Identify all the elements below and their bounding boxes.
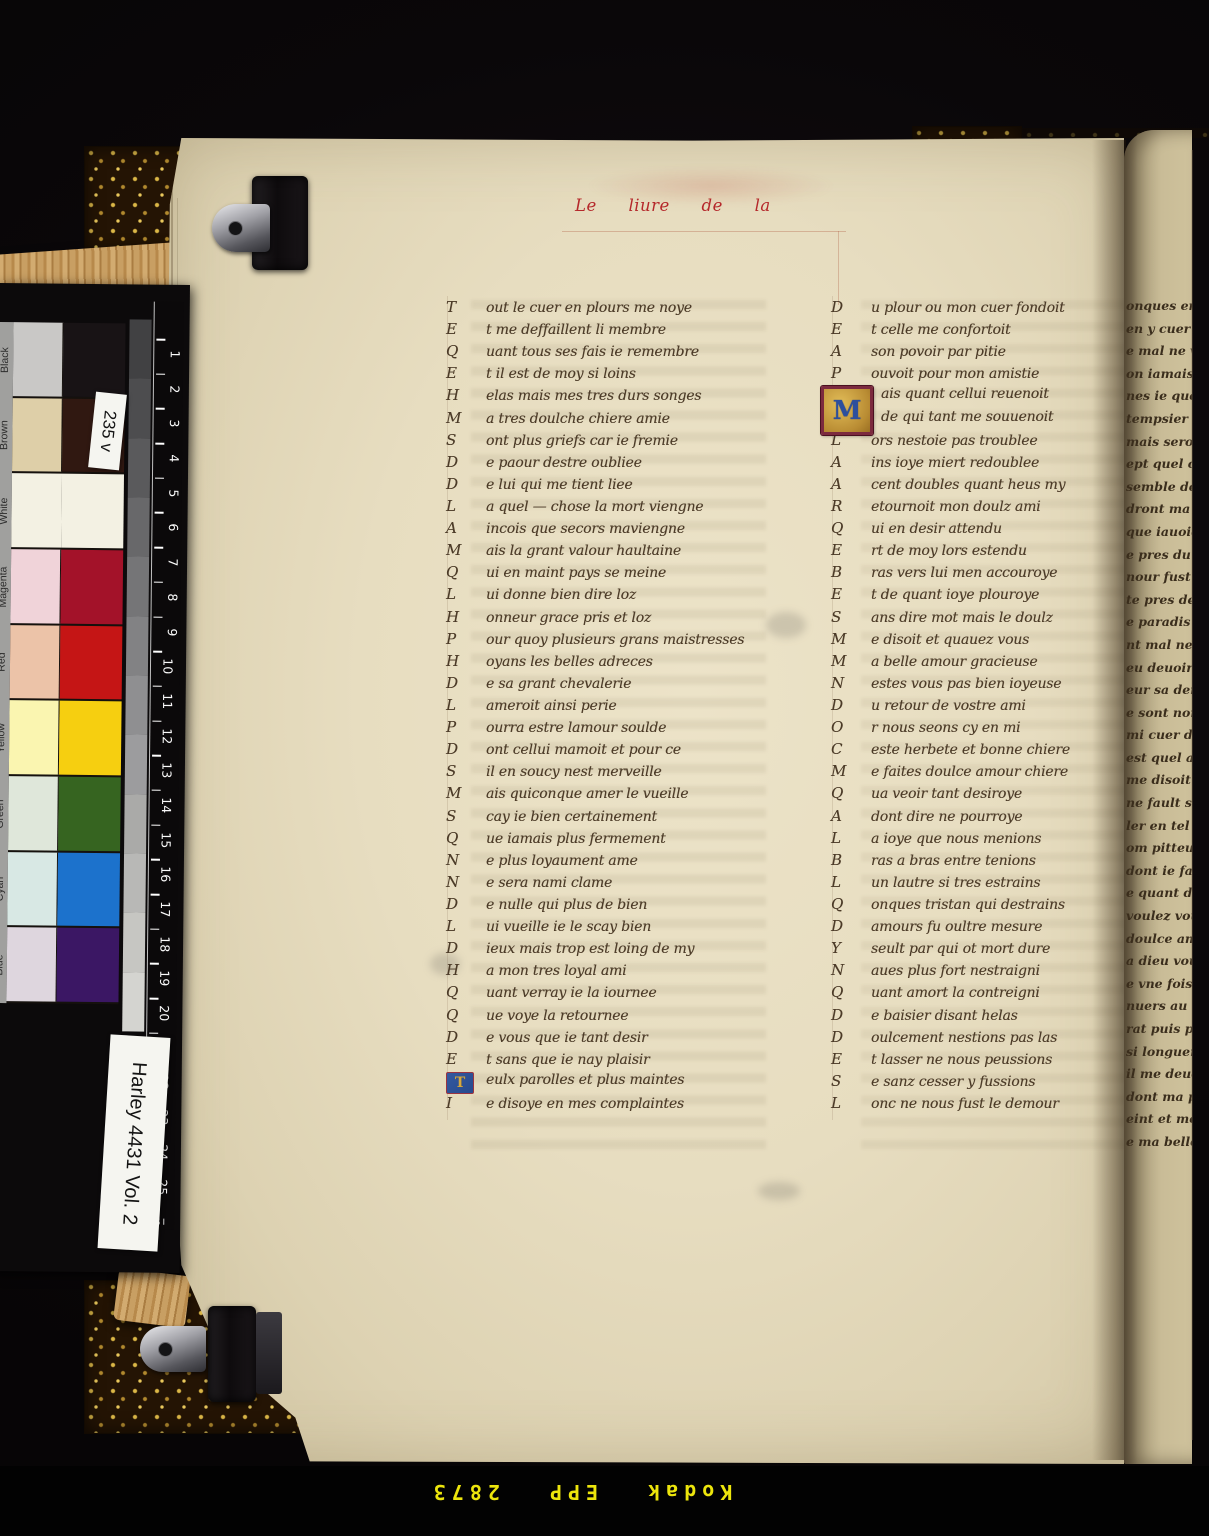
verse-text: ourra estre lamour soulde: [486, 720, 666, 736]
ruler-number: 2: [167, 385, 182, 393]
film-edge-marking: Kodak EPP 2873: [330, 1480, 830, 1504]
verse-initial: A: [831, 807, 859, 825]
gray-step: [126, 616, 149, 676]
verse-line: P ourra estre lamour soulde: [446, 718, 791, 740]
color-label: Cyan: [0, 877, 6, 902]
ruler-number: 3: [167, 420, 182, 428]
verse-line: L onc ne nous fust le demour: [831, 1094, 1131, 1116]
facing-page-text-fragment: que iauoie laissan: [1124, 524, 1192, 547]
facing-page-text-fragment: e quant douleur d: [1124, 885, 1192, 908]
ruler-number: 7: [166, 558, 181, 566]
facing-page-text-fragment: nes ie quelle faile: [1124, 388, 1192, 411]
verse-line: N estes vous pas bien ioyeuse: [831, 674, 1131, 696]
verse-text: ors nestoie pas troublee: [871, 433, 1037, 449]
facing-page-text-fragment: ler en tel voyage: [1124, 818, 1192, 841]
verse-text: ue voye la retournee: [486, 1008, 628, 1024]
verse-initial: N: [831, 674, 859, 692]
verse-line: B ras vers lui men accouroye: [831, 563, 1131, 585]
verse-text: seult par qui ot mort dure: [871, 941, 1050, 957]
verse-text: etournoit mon doulz ami: [871, 499, 1040, 515]
color-patch-solid: [57, 852, 120, 926]
facing-page-text-fragment: a dieu voulez partir: [1124, 953, 1192, 976]
ruler-tick-cell: 11: [150, 685, 179, 720]
page-holding-strap-bottom: [208, 1306, 256, 1402]
verse-text: t me deffaillent li membre: [486, 322, 666, 338]
verse-text: son povoir par pitie: [871, 344, 1006, 360]
verse-text: incois que secors maviengne: [486, 521, 685, 537]
verse-initial: M: [446, 409, 474, 427]
verse-line: L un lautre si tres estrains: [831, 873, 1131, 895]
facing-page-text-fragment: e mal ne villeme: [1124, 343, 1192, 366]
verse-initial: L: [831, 829, 859, 847]
color-chart-row: [6, 927, 119, 1004]
verse-initial: M: [446, 784, 474, 802]
facing-page-text-fragment: mais seront et p: [1124, 434, 1192, 457]
facing-page-text-fragment: tempsier noz espe: [1124, 411, 1192, 434]
verse-line: E t lasser ne nous peussions: [831, 1050, 1131, 1072]
ruler-tick-cell: 17: [148, 894, 177, 929]
verse-text: e disoit et quauez vous: [871, 632, 1029, 648]
verse-initial: Q: [446, 983, 474, 1001]
text-column-1: T out le cuer en plours me noye E t me d…: [446, 298, 791, 1116]
verse-line: D e paour destre oubliee: [446, 453, 791, 475]
verse-text: ieux mais trop est loing de my: [486, 941, 694, 957]
verse-initial: Q: [831, 983, 859, 1001]
ruler-tick-cell: 16: [149, 859, 178, 894]
facing-page-text-fragment: semble demourron: [1124, 479, 1192, 502]
facing-folio-edge: onques en celle amouen y cuer fu vnee ma…: [1124, 130, 1192, 1464]
verse-initial: S: [831, 608, 859, 626]
facing-page-text-fragment: nt mal ne demand: [1124, 637, 1192, 660]
verse-initial: Q: [446, 342, 474, 360]
verse-line: E t me deffaillent li membre: [446, 320, 791, 342]
verse-initial: D: [831, 1028, 859, 1046]
verse-line: L ors nestoie pas troublee: [831, 431, 1131, 453]
ruler-tick-cell: 19: [148, 963, 177, 998]
ruler-tick-cell: 6: [152, 512, 181, 547]
verse-text: rt de moy lors estendu: [871, 543, 1027, 559]
facing-page-text-fragment: ne fault sans de: [1124, 795, 1192, 818]
verse-text: ais quant cellui reuenoit: [881, 386, 1049, 402]
verse-text: out le cuer en plours me noye: [486, 300, 692, 316]
verse-text: este herbete et bonne chiere: [871, 742, 1070, 758]
verse-initial: M: [831, 652, 859, 670]
verse-text: eulx parolles et plus maintes: [486, 1072, 684, 1088]
manuscript-page-235v: Le liure de la T out le cuer en plours m…: [166, 138, 1124, 1464]
color-patch-tint: [10, 549, 61, 623]
facing-page-text-fragment: e paradis terrestr: [1124, 614, 1192, 637]
facing-page-text-fragment: me disoit mamo: [1124, 772, 1192, 795]
color-patch-solid: [60, 625, 123, 699]
verse-initial: H: [446, 608, 474, 626]
verse-text: a quel — chose la mort viengne: [486, 499, 703, 515]
verse-line: D ont cellui mamoit et pour ce: [446, 740, 791, 762]
verse-line: P our quoy plusieurs grans maistresses: [446, 630, 791, 652]
ruler-tick-cell: 2: [154, 373, 183, 408]
verse-initial: M: [821, 386, 873, 435]
verse-initial: M: [831, 762, 859, 780]
verse-text: t celle me confortoit: [871, 322, 1010, 338]
color-chart-row: [8, 776, 121, 853]
verse-line: D u plour ou mon cuer fondoit: [831, 298, 1131, 320]
verse-line: Q onques tristan qui destrains: [831, 895, 1131, 917]
verse-initial: H: [446, 652, 474, 670]
verse-text: il en soucy nest merveille: [486, 764, 662, 780]
verse-text: uant verray ie la iournee: [486, 985, 656, 1001]
ruler-number: 17: [158, 901, 173, 917]
verse-initial: B: [831, 563, 859, 581]
verse-initial: Q: [831, 895, 859, 913]
verse-line: E t de quant ioye plouroye: [831, 585, 1131, 607]
verse-initial: Y: [831, 939, 859, 957]
metal-clip-bottom: [140, 1326, 206, 1372]
ruler-number: 16: [158, 867, 173, 883]
facing-page-text-fragment: te pres de lui est: [1124, 592, 1192, 615]
color-patch-tint: [6, 927, 57, 1001]
verse-line: H a mon tres loyal ami: [446, 961, 791, 983]
verse-line: S e sanz cesser y fussions: [831, 1072, 1131, 1094]
color-patch-tint: [7, 852, 58, 926]
color-label-cell: Black: [0, 322, 14, 398]
gray-step: [122, 972, 145, 1032]
ruler-tick-cell: 4: [153, 443, 182, 478]
verse-text: ui en maint pays se meine: [486, 565, 666, 581]
verse-text: u retour de vostre ami: [871, 698, 1026, 714]
ruler-tick-cell: 5: [153, 477, 182, 512]
ruler-number: 9: [165, 628, 180, 636]
gray-step: [123, 853, 146, 913]
verse-initial: E: [831, 541, 859, 559]
verse-line: Q ue iamais plus fermement: [446, 829, 791, 851]
ruler-tick-cell: 12: [150, 720, 179, 755]
verse-text: ais quiconque amer le vueille: [486, 786, 688, 802]
verse-line: E t il est de moy si loins: [446, 364, 791, 386]
ruler-tick-cell: 9: [151, 616, 180, 651]
verse-line: N aues plus fort nestraigni: [831, 961, 1131, 983]
facing-page-text-fragment: eur sa demeure: [1124, 682, 1192, 705]
verse-initial: L: [831, 1094, 859, 1112]
verse-initial: D: [446, 1028, 474, 1046]
verse-line: M a tres doulche chiere amie: [446, 409, 791, 431]
verse-text: e sanz cesser y fussions: [871, 1074, 1035, 1090]
verse-line: E t celle me confortoit: [831, 320, 1131, 342]
facing-page-text-fragment: doulce amour mon d: [1124, 931, 1192, 954]
verse-initial: L: [446, 696, 474, 714]
verse-initial: Q: [831, 519, 859, 537]
verse-line: M a belle amour gracieuse: [831, 652, 1131, 674]
facing-page-text-fragment: ept quel croy quel: [1124, 456, 1192, 479]
verse-text: ais la grant valour haultaine: [486, 543, 681, 559]
verse-initial: A: [831, 475, 859, 493]
verse-line: D e sa grant chevalerie: [446, 674, 791, 696]
ruler-number: 4: [167, 454, 182, 462]
color-patch-solid: [58, 777, 121, 851]
ruler-number: 18: [158, 936, 173, 952]
verse-text: elas mais mes tres durs songes: [486, 388, 701, 404]
color-label: Magenta: [0, 566, 9, 607]
verse-line: Q ui en desir attendu: [831, 519, 1131, 541]
verse-text: e sa grant chevalerie: [486, 676, 631, 692]
verse-line: D e nulle qui plus de bien: [446, 895, 791, 917]
verse-initial: Q: [446, 563, 474, 581]
verse-line: O r nous seons cy en mi: [831, 718, 1131, 740]
verse-initial: D: [446, 674, 474, 692]
verse-initial: S: [446, 807, 474, 825]
verse-text: ue iamais plus fermement: [486, 831, 666, 847]
facing-page-text-fragment: rat puis par nul t: [1124, 1021, 1192, 1044]
verse-line: A incois que secors maviengne: [446, 519, 791, 541]
ruler-number: 8: [165, 593, 180, 601]
verse-line: I e disoye en mes complaintes: [446, 1094, 791, 1116]
verse-text: oulcement nestions pas las: [871, 1030, 1057, 1046]
verse-line: Q uant amort la contreigni: [831, 983, 1131, 1005]
verse-line: L ui vueille ie le scay bien: [446, 917, 791, 939]
ruler-number: 14: [159, 797, 174, 813]
verse-text: r nous seons cy en mi: [871, 720, 1020, 736]
gray-step: [128, 438, 151, 498]
verse-line: N e plus loyaument ame: [446, 851, 791, 873]
verse-text: a belle amour gracieuse: [871, 654, 1037, 670]
ruler-number: 15: [159, 832, 174, 848]
ruler-tick-cell: 14: [149, 790, 178, 825]
facing-page-text-fragment: eint et me baisoit: [1124, 1111, 1192, 1134]
verse-initial: A: [831, 342, 859, 360]
verse-initial: L: [446, 917, 474, 935]
verse-text: uant amort la contreigni: [871, 985, 1040, 1001]
facing-page-text-fragment: si longuement t: [1124, 1044, 1192, 1067]
color-label: Green: [0, 799, 7, 828]
color-patch-tint: [12, 398, 63, 472]
verse-text: ui en desir attendu: [871, 521, 1002, 537]
color-label: Yellow: [0, 723, 7, 753]
gray-step: [124, 794, 147, 854]
verse-line: L a ioye que nous menions: [831, 829, 1131, 851]
verse-initial: E: [446, 1050, 474, 1068]
verse-line: Q ue voye la retournee: [446, 1006, 791, 1028]
verse-line: B ras a bras entre tenions: [831, 851, 1131, 873]
verse-initial: E: [446, 364, 474, 382]
verse-text: e disoye en mes complaintes: [486, 1096, 684, 1112]
verse-text: e lui qui me tient liee: [486, 477, 632, 493]
verse-initial: D: [446, 475, 474, 493]
verse-text: aues plus fort nestraigni: [871, 963, 1040, 979]
facing-page-text-fragment: onques en celle amou: [1124, 298, 1192, 321]
verse-text: cent doubles quant heus my: [871, 477, 1065, 493]
verse-text: dont dire ne pourroye: [871, 809, 1022, 825]
verse-initial: Q: [446, 829, 474, 847]
verse-initial: Q: [446, 1006, 474, 1024]
verse-text: de qui tant me souuenoit: [881, 409, 1053, 425]
ruler-tick-cell: 7: [152, 547, 181, 582]
color-label-cell: Brown: [0, 398, 13, 474]
color-chart-row: [10, 549, 123, 626]
verse-line: A cent doubles quant heus my: [831, 475, 1131, 497]
verse-initial: L: [446, 585, 474, 603]
metal-clip-hole: [158, 1342, 173, 1357]
facing-page-text-fragment: il me deuoit dame: [1124, 1066, 1192, 1089]
verse-text: ont cellui mamoit et pour ce: [486, 742, 681, 758]
verse-text: e baisier disant helas: [871, 1008, 1018, 1024]
verse-initial: C: [831, 740, 859, 758]
facing-page-text-fragment: dont ie fais ore: [1124, 863, 1192, 886]
verse-text: onques tristan qui destrains: [871, 897, 1065, 913]
text-column-2: D u plour ou mon cuer fondoit E t celle …: [831, 298, 1131, 1116]
verse-text: u plour ou mon cuer fondoit: [871, 300, 1065, 316]
color-patch-tint: [10, 625, 61, 699]
folio-number: 235 v: [95, 409, 119, 452]
facing-page-text-fragment: e vne fois sans m: [1124, 976, 1192, 999]
verse-line: C este herbete et bonne chiere: [831, 740, 1131, 762]
color-patch-solid: [63, 323, 126, 397]
verse-initial: B: [831, 851, 859, 869]
verse-initial: H: [446, 961, 474, 979]
verse-initial: A: [831, 453, 859, 471]
verse-line: N e sera nami clame: [446, 873, 791, 895]
verse-initial: D: [831, 917, 859, 935]
gray-step: [127, 497, 150, 557]
color-label-cell: White: [0, 473, 12, 549]
color-chart-row: [7, 852, 120, 929]
verse-text: e faites doulce amour chiere: [871, 764, 1068, 780]
verse-line: H elas mais mes tres durs songes: [446, 386, 791, 408]
verse-line: D oulcement nestions pas las: [831, 1028, 1131, 1050]
verse-line: Q ui en maint pays se meine: [446, 563, 791, 585]
ruler-number: 10: [160, 658, 175, 674]
verse-initial: D: [446, 740, 474, 758]
facing-page-text-fragment: dront ma plaisan: [1124, 501, 1192, 524]
verse-text: ans dire mot mais le doulz: [871, 610, 1053, 626]
verse-line: de qui tant me souuenoit: [831, 409, 1131, 431]
facing-page-text-fragment: voulez vous octroye: [1124, 908, 1192, 931]
verse-line: P ouvoit pour mon amistie: [831, 364, 1131, 386]
ruler-number: 6: [166, 524, 181, 532]
verse-initial: E: [446, 320, 474, 338]
verse-initial: E: [831, 585, 859, 603]
verse-initial: S: [446, 762, 474, 780]
verse-line: T eulx parolles et plus maintes: [446, 1072, 791, 1094]
verse-initial: M: [831, 630, 859, 648]
gray-step: [125, 735, 148, 795]
verse-text: cay ie bien certainement: [486, 809, 657, 825]
color-patch-tint: [13, 322, 64, 396]
color-patch-tint: [8, 776, 59, 850]
verse-text: e plus loyaument ame: [486, 853, 638, 869]
verse-line: D amours fu oultre mesure: [831, 917, 1131, 939]
color-label: Blue: [0, 955, 5, 976]
verse-text: onneur grace pris et loz: [486, 610, 651, 626]
verse-initial: R: [831, 497, 859, 515]
verse-text: ui vueille ie le scay bien: [486, 919, 651, 935]
verse-text: ua veoir tant desiroye: [871, 786, 1022, 802]
ruler-tick-cell: 1: [154, 339, 183, 374]
verse-line: D e baisier disant helas: [831, 1006, 1131, 1028]
verse-text: ui donne bien dire loz: [486, 587, 636, 603]
verse-initial: D: [446, 895, 474, 913]
ruler-tick-cell: 10: [151, 651, 180, 686]
verse-initial: H: [446, 386, 474, 404]
facing-page-text-fragment: nuers au retour: [1124, 998, 1192, 1021]
facing-page-text-fragment: om pitteux h: [1124, 840, 1192, 863]
facing-page-text-fragment: en y cuer fu vne: [1124, 321, 1192, 344]
verse-initial: D: [831, 696, 859, 714]
verse-initial: N: [831, 961, 859, 979]
verse-initial: S: [446, 431, 474, 449]
verse-line: M e faites doulce amour chiere: [831, 762, 1131, 784]
gray-step: [123, 913, 146, 973]
verse-text: ins ioye miert redoublee: [871, 455, 1039, 471]
verse-initial: L: [831, 873, 859, 891]
verse-line: S cay ie bien certainement: [446, 807, 791, 829]
verse-text: amours fu oultre mesure: [871, 919, 1042, 935]
verse-line: Q ua veoir tant desiroye: [831, 784, 1131, 806]
verse-initial: I: [446, 1094, 474, 1112]
verse-text: ameroit ainsi perie: [486, 698, 616, 714]
verse-initial: N: [446, 873, 474, 891]
verse-line: M ais quant cellui reuenoit: [831, 386, 1131, 408]
color-patch-solid: [56, 928, 119, 1002]
verse-initial: L: [446, 497, 474, 515]
ruler-tick-cell: 8: [152, 581, 181, 616]
metal-clip-hole: [228, 221, 243, 236]
verse-text: e sera nami clame: [486, 875, 612, 891]
shelfmark: Harley 4431 Vol. 2: [118, 1061, 151, 1226]
verse-line: R etournoit mon doulz ami: [831, 497, 1131, 519]
verse-line: H oyans les belles adreces: [446, 652, 791, 674]
verse-text: t sans que ie nay plaisir: [486, 1052, 650, 1068]
verse-line: L ui donne bien dire loz: [446, 585, 791, 607]
facing-page-text-fragment: eu deuoir cel espo: [1124, 660, 1192, 683]
color-chart-row: [9, 700, 122, 777]
verse-line: D u retour de vostre ami: [831, 696, 1131, 718]
verse-line: Q uant tous ses fais ie remembre: [446, 342, 791, 364]
verse-initial: P: [446, 630, 474, 648]
color-patch-solid: [59, 701, 122, 775]
verse-line: E t sans que ie nay plaisir: [446, 1050, 791, 1072]
wooden-stick-bottom: [113, 1268, 191, 1328]
verse-line: E rt de moy lors estendu: [831, 541, 1131, 563]
verse-line: A dont dire ne pourroye: [831, 807, 1131, 829]
color-patch-tint: [11, 473, 62, 547]
verse-line: D e lui qui me tient liee: [446, 475, 791, 497]
gray-step: [125, 675, 148, 735]
color-label: Brown: [0, 421, 11, 451]
color-patch-solid: [61, 474, 124, 548]
verse-text: e vous que ie tant desir: [486, 1030, 648, 1046]
verse-text: oyans les belles adreces: [486, 654, 653, 670]
verse-text: uant tous ses fais ie remembre: [486, 344, 699, 360]
verse-line: D ieux mais trop est loing de my: [446, 939, 791, 961]
verse-initial: Q: [831, 784, 859, 802]
verse-text: t lasser ne nous peussions: [871, 1052, 1052, 1068]
verse-initial: S: [831, 1072, 859, 1090]
gray-step: [127, 557, 150, 617]
gutter-shadow: [1092, 140, 1126, 1460]
facing-page-text-fragment: e ma belle maistre: [1124, 1134, 1192, 1157]
verse-line: M ais la grant valour haultaine: [446, 541, 791, 563]
parchment-smudge: [758, 1182, 800, 1200]
verse-initial: P: [446, 718, 474, 736]
verse-initial: T: [446, 1072, 474, 1094]
verse-text: e nulle qui plus de bien: [486, 897, 647, 913]
ruler-tick-cell: 20: [147, 998, 176, 1033]
gray-step: [129, 319, 152, 379]
verse-line: S il en soucy nest merveille: [446, 762, 791, 784]
verse-initial: P: [831, 364, 859, 382]
verse-line: L ameroit ainsi perie: [446, 696, 791, 718]
verse-initial: T: [446, 298, 474, 316]
verse-text: ont plus griefs car ie fremie: [486, 433, 678, 449]
verse-text: a ioye que nous menions: [871, 831, 1041, 847]
